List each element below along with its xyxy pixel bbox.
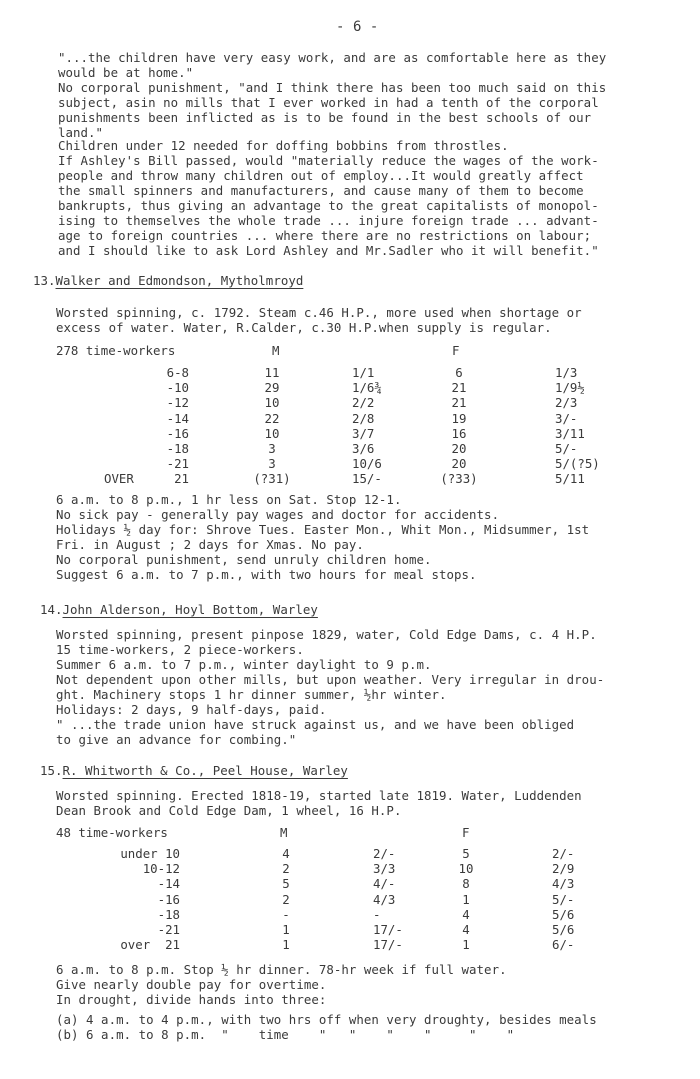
age-group: -16 xyxy=(158,892,180,907)
text-line: No corporal punishment, send unruly chil… xyxy=(56,552,432,567)
text-line: No corporal punishment, "and I think the… xyxy=(58,80,606,95)
section-heading: 14.John Alderson, Hoyl Bottom, Warley xyxy=(40,602,318,617)
text-line: Summer 6 a.m. to 7 p.m., winter daylight… xyxy=(56,657,432,672)
section-title: R. Whitworth & Co., Peel House, Warley xyxy=(63,763,348,778)
text-line: Worsted spinning. Erected 1818-19, start… xyxy=(56,788,582,803)
male-wage: 2/2 xyxy=(352,395,374,410)
male-count: 2 xyxy=(246,861,326,876)
male-count: 3 xyxy=(232,441,312,456)
female-count: 16 xyxy=(419,426,499,441)
text-line: 6 a.m. to 8 p.m., 1 hr less on Sat. Stop… xyxy=(56,492,401,507)
female-wage: 2/9 xyxy=(552,861,574,876)
female-wage: 5/- xyxy=(552,892,574,907)
section-number: 15. xyxy=(40,763,63,778)
text-line: subject, asin no mills that I ever worke… xyxy=(58,95,599,110)
column-header-female: F xyxy=(462,825,469,840)
text-line: Suggest 6 a.m. to 7 p.m., with two hours… xyxy=(56,567,477,582)
text-line: (b) 6 a.m. to 8 p.m. " time " " " " " " xyxy=(56,1027,514,1042)
section-number: 13. xyxy=(33,273,56,288)
text-line: and I should like to ask Lord Ashley and… xyxy=(58,243,599,258)
text-line: people and throw many children out of em… xyxy=(58,168,584,183)
text-line: age to foreign countries ... where there… xyxy=(58,228,591,243)
female-wage: 5/- xyxy=(555,441,577,456)
text-line: In drought, divide hands into three: xyxy=(56,992,326,1007)
male-count: 5 xyxy=(246,876,326,891)
text-line: 6 a.m. to 8 p.m. Stop ½ hr dinner. 78-hr… xyxy=(56,962,507,977)
text-line: bankrupts, thus giving an advantage to t… xyxy=(58,198,599,213)
female-count: (?33) xyxy=(419,471,499,486)
male-count: 3 xyxy=(232,456,312,471)
male-count: - xyxy=(246,907,326,922)
section-title: Walker and Edmondson, Mytholmroyd xyxy=(56,273,304,288)
female-count: 1 xyxy=(426,892,506,907)
text-line: Fri. in August ; 2 days for Xmas. No pay… xyxy=(56,537,364,552)
age-group: under 10 xyxy=(120,846,180,861)
female-count: 19 xyxy=(419,411,499,426)
age-group: -21 xyxy=(158,922,180,937)
female-wage: 6/- xyxy=(552,937,574,952)
age-group: -18 xyxy=(158,907,180,922)
age-group: -14 xyxy=(167,411,189,426)
column-header-male: M xyxy=(280,825,287,840)
female-count: 5 xyxy=(426,846,506,861)
female-wage: 5/6 xyxy=(552,907,574,922)
female-count: 20 xyxy=(419,456,499,471)
section-heading: 15.R. Whitworth & Co., Peel House, Warle… xyxy=(40,763,348,778)
age-group: 6-8 xyxy=(167,365,189,380)
age-group: over 21 xyxy=(120,937,180,952)
female-count: 8 xyxy=(426,876,506,891)
male-count: 1 xyxy=(246,937,326,952)
female-wage: 2/- xyxy=(552,846,574,861)
male-count: 2 xyxy=(246,892,326,907)
text-line: 15 time-workers, 2 piece-workers. xyxy=(56,642,304,657)
female-wage: 3/- xyxy=(555,411,577,426)
male-count: 11 xyxy=(232,365,312,380)
male-count: 10 xyxy=(232,395,312,410)
age-group: -14 xyxy=(158,876,180,891)
female-wage: 2/3 xyxy=(555,395,577,410)
male-wage: 4/3 xyxy=(373,892,395,907)
female-count: 20 xyxy=(419,441,499,456)
female-count: 10 xyxy=(426,861,506,876)
male-wage: 3/7 xyxy=(352,426,374,441)
male-count: 4 xyxy=(246,846,326,861)
text-line: Children under 12 needed for doffing bob… xyxy=(58,138,509,153)
text-line: Not dependent upon other mills, but upon… xyxy=(56,672,604,687)
male-wage: 10/6 xyxy=(352,456,382,471)
text-line: would be at home." xyxy=(58,65,193,80)
text-line: Holidays: 2 days, 9 half-days, paid. xyxy=(56,702,326,717)
section-heading: 13.Walker and Edmondson, Mytholmroyd xyxy=(33,273,303,288)
female-wage: 1/3 xyxy=(555,365,577,380)
male-count: (?31) xyxy=(232,471,312,486)
female-count: 21 xyxy=(419,380,499,395)
male-wage: - xyxy=(373,907,380,922)
text-line: the small spinners and manufacturers, an… xyxy=(58,183,584,198)
male-wage: 2/8 xyxy=(352,411,374,426)
female-count: 21 xyxy=(419,395,499,410)
text-line: (a) 4 a.m. to 4 p.m., with two hrs off w… xyxy=(56,1012,597,1027)
page-number: - 6 - xyxy=(336,20,378,35)
table-caption: 278 time-workers xyxy=(56,343,175,358)
female-wage: 4/3 xyxy=(552,876,574,891)
male-wage: 2/- xyxy=(373,846,395,861)
age-group: 21 xyxy=(174,471,189,486)
female-wage: 1/9½ xyxy=(555,380,585,395)
text-line: "...the children have very easy work, an… xyxy=(58,50,606,65)
male-wage: 4/- xyxy=(373,876,395,891)
male-wage: 3/6 xyxy=(352,441,374,456)
male-wage: 3/3 xyxy=(373,861,395,876)
male-count: 1 xyxy=(246,922,326,937)
text-line: ising to themselves the whole trade ... … xyxy=(58,213,599,228)
section-number: 14. xyxy=(40,602,63,617)
text-line: " ...the trade union have struck against… xyxy=(56,717,574,732)
female-count: 4 xyxy=(426,922,506,937)
male-count: 22 xyxy=(232,411,312,426)
female-count: 1 xyxy=(426,937,506,952)
male-wage: 1/1 xyxy=(352,365,374,380)
text-line: Holidays ½ day for: Shrove Tues. Easter … xyxy=(56,522,589,537)
text-line: Dean Brook and Cold Edge Dam, 1 wheel, 1… xyxy=(56,803,401,818)
text-line: No sick pay - generally pay wages and do… xyxy=(56,507,499,522)
male-count: 29 xyxy=(232,380,312,395)
female-count: 6 xyxy=(419,365,499,380)
age-group: -21 xyxy=(167,456,189,471)
female-wage: 5/(?5) xyxy=(555,456,600,471)
column-header-male: M xyxy=(272,343,279,358)
age-group: -10 xyxy=(167,380,189,395)
text-line: Give nearly double pay for overtime. xyxy=(56,977,326,992)
text-line: punishments been inflicted as is to be f… xyxy=(58,110,591,125)
female-wage: 5/6 xyxy=(552,922,574,937)
document-page: - 6 - "...the children have very easy wo… xyxy=(0,0,700,1079)
male-wage: 17/- xyxy=(373,922,403,937)
female-count: 4 xyxy=(426,907,506,922)
text-line: to give an advance for combing." xyxy=(56,732,296,747)
column-header-female: F xyxy=(452,343,459,358)
female-wage: 3/11 xyxy=(555,426,585,441)
table-caption: 48 time-workers xyxy=(56,825,168,840)
age-group: 10-12 xyxy=(143,861,180,876)
section-title: John Alderson, Hoyl Bottom, Warley xyxy=(63,602,318,617)
text-line: If Ashley's Bill passed, would "material… xyxy=(58,153,599,168)
male-count: 10 xyxy=(232,426,312,441)
age-group: -12 xyxy=(167,395,189,410)
text-line: Worsted spinning, present pinpose 1829, … xyxy=(56,627,597,642)
age-group: -18 xyxy=(167,441,189,456)
age-prefix: OVER xyxy=(104,471,134,486)
male-wage: 1/6¾ xyxy=(352,380,382,395)
age-group: -16 xyxy=(167,426,189,441)
male-wage: 17/- xyxy=(373,937,403,952)
text-line: Worsted spinning, c. 1792. Steam c.46 H.… xyxy=(56,305,582,320)
text-line: excess of water. Water, R.Calder, c.30 H… xyxy=(56,320,552,335)
male-wage: 15/- xyxy=(352,471,382,486)
female-wage: 5/11 xyxy=(555,471,585,486)
text-line: ght. Machinery stops 1 hr dinner summer,… xyxy=(56,687,447,702)
